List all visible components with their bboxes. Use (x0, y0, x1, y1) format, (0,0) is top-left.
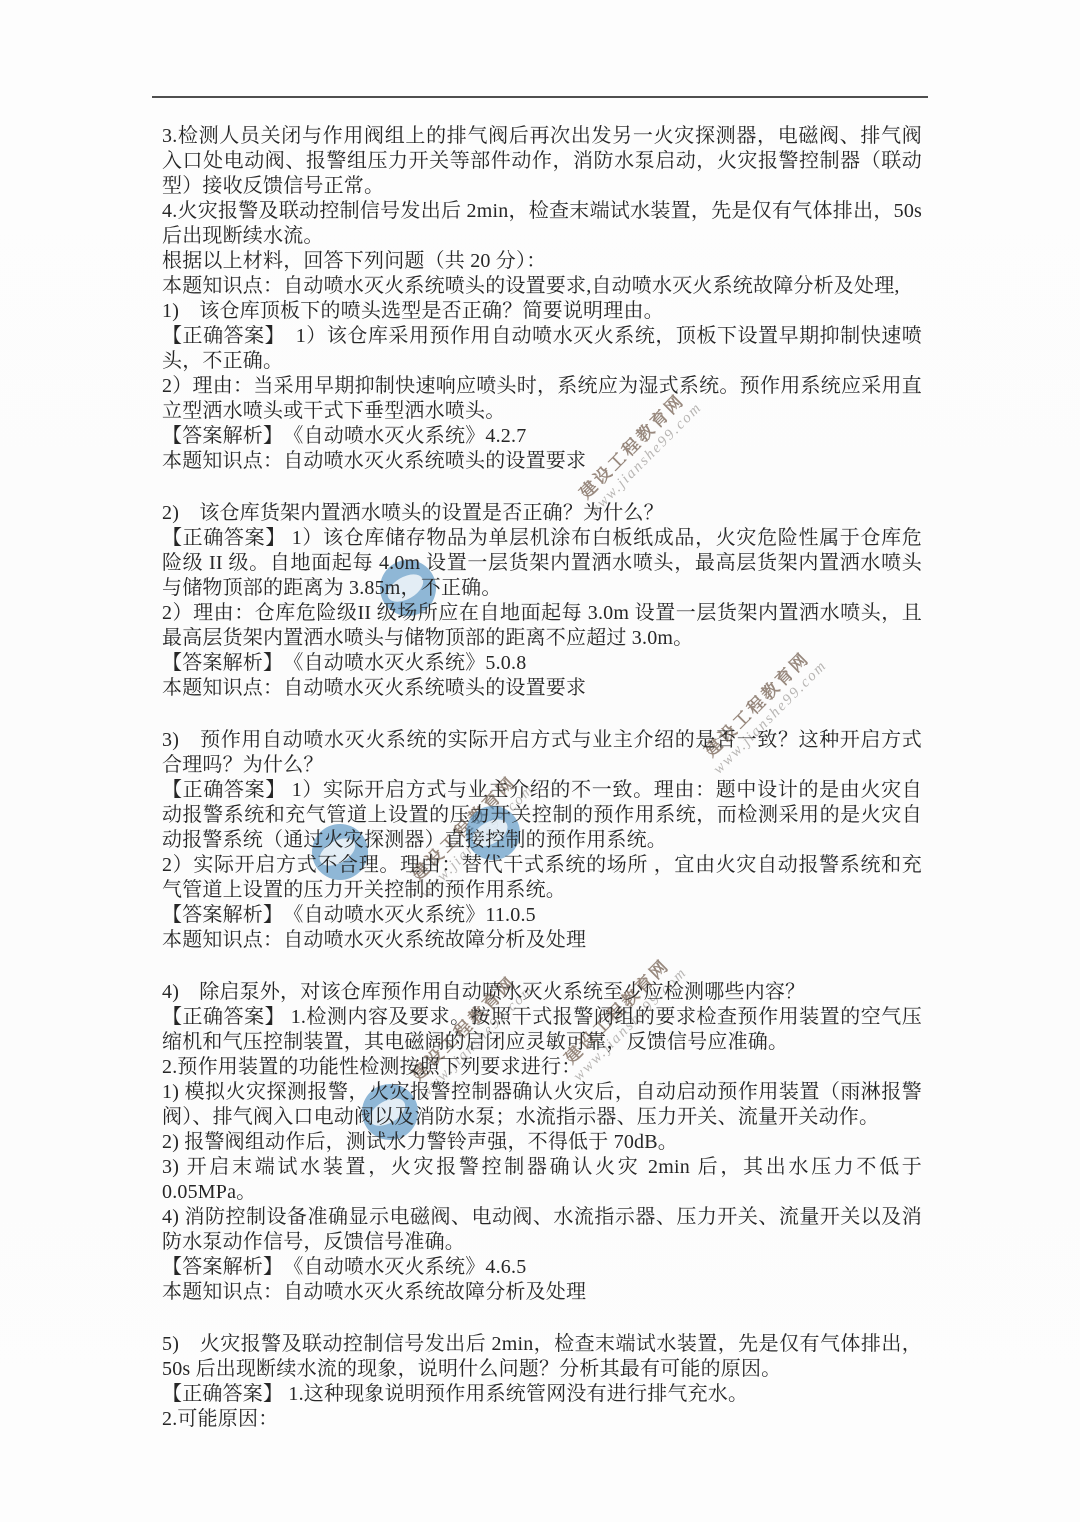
paragraph: 【答案解析】 《自动喷水灭火系统》4.2.7 (162, 424, 922, 449)
paragraph: 本题知识点：自动喷水灭火系统喷头的设置要求 (162, 449, 922, 474)
paragraph: 2）实际开启方式不合理。理由：替代干式系统的场所 ，宜由火灾自动报警系统和充气管… (162, 853, 922, 903)
paragraph: 4) 除启泵外，对该仓库预作用自动喷水灭火系统至少应检测哪些内容？ (162, 980, 922, 1005)
paragraph: 【正确答案】 1.这种现象说明预作用系统管网没有进行排气充水。 (162, 1382, 922, 1407)
paragraph: 【正确答案】 1）该仓库采用预作用自动喷水灭火系统，顶板下设置早期抑制快速喷头，… (162, 324, 922, 374)
paragraph: 2.可能原因： (162, 1407, 922, 1432)
paragraph: 2）理由：当采用早期抑制快速响应喷头时，系统应为湿式系统。预作用系统应采用直立型… (162, 374, 922, 424)
paragraph: 根据以上材料，回答下列问题（共 20 分）： (162, 249, 922, 274)
paragraph: 【正确答案】 1）实际开启方式与业主介绍的不一致。理由：题中设计的是由火灾自动报… (162, 778, 922, 853)
paragraph: 2) 该仓库货架内置洒水喷头的设置是否正确？为什么？ (162, 501, 922, 526)
paragraph: 2）理由：仓库危险级II 级场所应在自地面起每 3.0m 设置一层货架内置洒水喷… (162, 601, 922, 651)
paragraph: 5) 火灾报警及联动控制信号发出后 2min，检查末端试水装置，先是仅有气体排出… (162, 1332, 922, 1382)
paragraph: 本题知识点：自动喷水灭火系统喷头的设置要求 (162, 676, 922, 701)
document-body: 3.检测人员关闭与作用阀组上的排气阀后再次出发另一火灾探测器，电磁阀、排气阀入口… (162, 124, 922, 1432)
paragraph: 【正确答案】 1）该仓库储存物品为单层机涂布白板纸成品，火灾危险性属于仓库危险级… (162, 526, 922, 601)
paragraph: 1) 该仓库顶板下的喷头选型是否正确？简要说明理由。 (162, 299, 922, 324)
paragraph: 3) 预作用自动喷水灭火系统的实际开启方式与业主介绍的是否一致？这种开启方式合理… (162, 728, 922, 778)
paragraph: 4.火灾报警及联动控制信号发出后 2min，检查末端试水装置，先是仅有气体排出，… (162, 199, 922, 249)
paragraph: 本题知识点：自动喷水灭火系统喷头的设置要求,自动喷水灭火系统故障分析及处理, (162, 274, 922, 299)
paragraph: 2) 报警阀组动作后，测试水力警铃声强，不得低于 70dB。 (162, 1130, 922, 1155)
paragraph: 【答案解析】 《自动喷水灭火系统》11.0.5 (162, 903, 922, 928)
paragraph: 【答案解析】 《自动喷水灭火系统》4.6.5 (162, 1255, 922, 1280)
paragraph: 本题知识点：自动喷水灭火系统故障分析及处理 (162, 1280, 922, 1305)
section-divider (152, 96, 928, 98)
paragraph: 3.检测人员关闭与作用阀组上的排气阀后再次出发另一火灾探测器，电磁阀、排气阀入口… (162, 124, 922, 199)
paragraph: 本题知识点：自动喷水灭火系统故障分析及处理 (162, 928, 922, 953)
document-page: 建设工程教育网www.jianshe99.com建设工程教育网www.jians… (0, 0, 1080, 1522)
paragraph: 3) 开启末端试水装置，火灾报警控制器确认火灾 2min 后，其出水压力不低于 … (162, 1155, 922, 1205)
paragraph: 1) 模拟火灾探测报警，火灾报警控制器确认火灾后，自动启动预作用装置（雨淋报警阀… (162, 1080, 922, 1130)
paragraph: 【正确答案】 1.检测内容及要求。按照干式报警阀组的要求检查预作用装置的空气压缩… (162, 1005, 922, 1055)
paragraph: 2.预作用装置的功能性检测按照下列要求进行： (162, 1055, 922, 1080)
paragraph: 【答案解析】 《自动喷水灭火系统》5.0.8 (162, 651, 922, 676)
paragraph: 4) 消防控制设备准确显示电磁阀、电动阀、水流指示器、压力开关、流量开关以及消防… (162, 1205, 922, 1255)
